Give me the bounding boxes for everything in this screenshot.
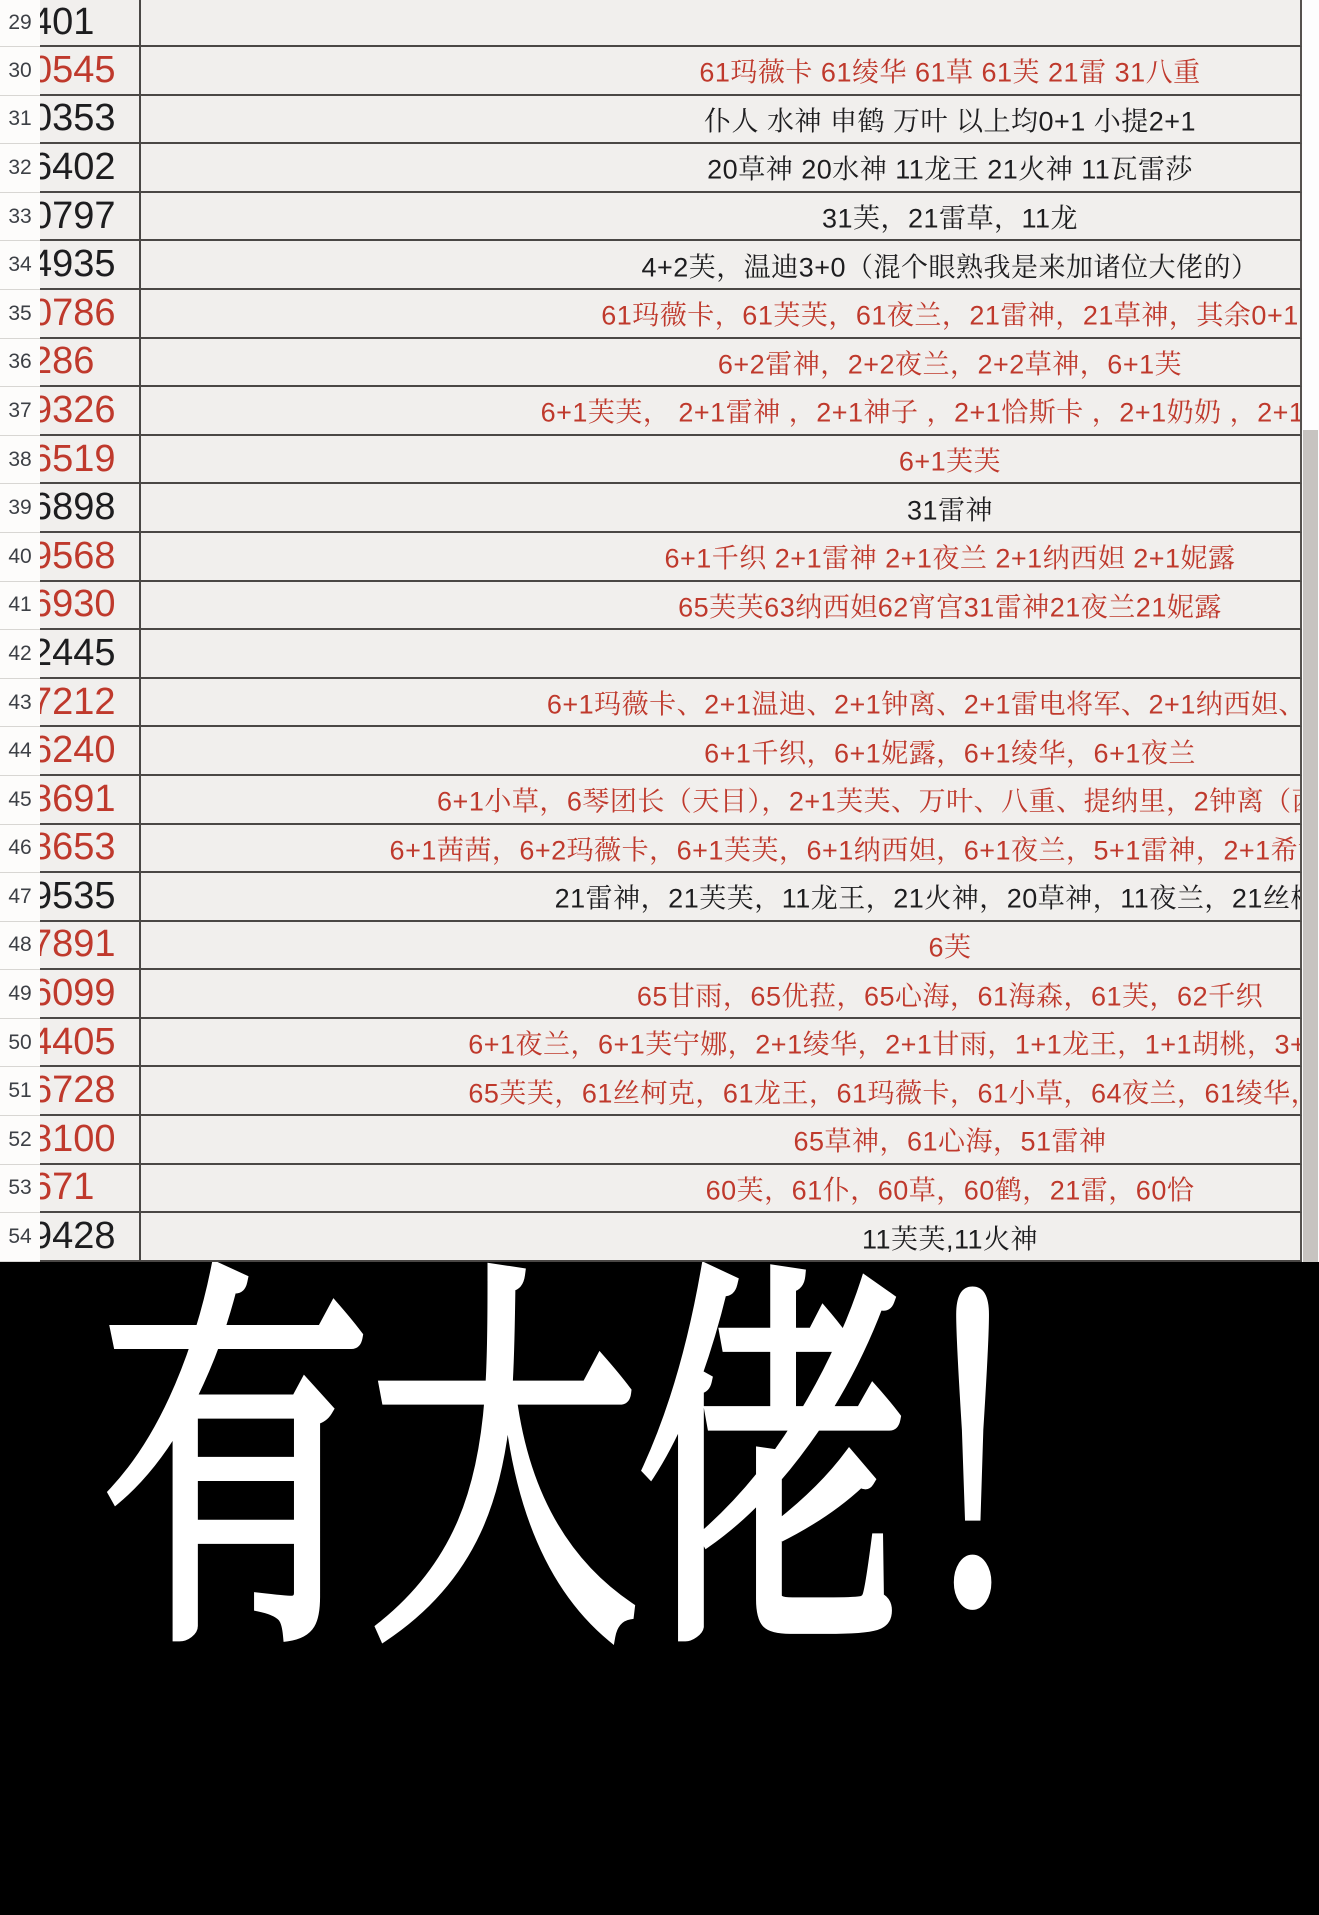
row-number-cell[interactable]: 35 (0, 290, 40, 339)
row-text: 61玛薇卡 61绫华 61草 61芙 21雷 31八重 (699, 51, 1200, 90)
table-row: 49609965甘雨，65优菈，65心海，61海森，61芙，62千织 (0, 970, 1319, 1019)
table-row: 30054561玛薇卡 61绫华 61草 61芙 21雷 31八重 (0, 47, 1319, 96)
row-text-cell[interactable]: 31芙，21雷草，11龙 (141, 193, 1302, 242)
row-id-cell[interactable]: 9535 (40, 873, 141, 922)
row-number-cell[interactable]: 52 (0, 1116, 40, 1165)
row-text-cell[interactable]: 6+1夜兰，6+1芙宁娜，2+1绫华，2+1甘雨，1+1龙王，1+1胡桃，3+1… (141, 1019, 1302, 1068)
row-id: 8653 (40, 826, 116, 869)
row-number-cell[interactable]: 48 (0, 922, 40, 971)
row-text: 6+1夜兰，6+1芙宁娜，2+1绫华，2+1甘雨，1+1龙王，1+1胡桃，3+1… (468, 1023, 1302, 1062)
row-text-cell[interactable]: 6+1小草，6琴团长（天目），2+1芙芙、万叶、八重、提纳里，2钟离（西风枪），… (141, 776, 1302, 825)
table-row: 51672865芙芙，61丝柯克，61龙王，61玛薇卡，61小草，64夜兰，61… (0, 1067, 1319, 1116)
row-text: 6芙 (928, 925, 971, 964)
row-number-cell[interactable]: 42 (0, 630, 40, 679)
table-row: 5044056+1夜兰，6+1芙宁娜，2+1绫华，2+1甘雨，1+1龙王，1+1… (0, 1019, 1319, 1068)
row-text: 4+2芙，温迪3+0（混个眼熟我是来加诸位大佬的） (641, 245, 1258, 284)
row-text: 65甘雨，65优菈，65心海，61海森，61芙，62千织 (637, 974, 1263, 1013)
row-id-cell[interactable]: 0797 (40, 193, 141, 242)
table-row: 422445 (0, 630, 1319, 679)
row-id-cell[interactable]: 6099 (40, 970, 141, 1019)
row-text-cell[interactable]: 6+1千织 2+1雷神 2+1夜兰 2+1纳西妲 2+1妮露 (141, 533, 1302, 582)
row-number-cell[interactable]: 40 (0, 533, 40, 582)
row-id: 401 (40, 1, 94, 44)
row-id-cell[interactable]: 9326 (40, 387, 141, 436)
row-id: 9326 (40, 389, 116, 432)
table-row: 4686536+1茜茜，6+2玛薇卡，6+1芙芙，6+1纳西妲，6+1夜兰，5+… (0, 825, 1319, 874)
row-id: 9535 (40, 875, 116, 918)
row-text: 65芙芙63纳西妲62宵宫31雷神21夜兰21妮露 (678, 585, 1222, 624)
row-text: 11芙芙,11火神 (862, 1217, 1038, 1256)
table-row: 4586916+1小草，6琴团长（天目），2+1芙芙、万叶、八重、提纳里，2钟离… (0, 776, 1319, 825)
row-text-cell[interactable]: 6+1芙芙， 2+1雷神 ，2+1神子 ，2+1恰斯卡 ，2+1奶奶 ，2+1仆… (141, 387, 1302, 436)
table-row: 32640220草神 20水神 11龙王 21火神 11瓦雷莎 (0, 144, 1319, 193)
row-id: 0786 (40, 292, 116, 335)
row-id-cell[interactable]: 286 (40, 339, 141, 388)
row-id: 9568 (40, 535, 116, 578)
row-text-cell[interactable]: 65甘雨，65优菈，65心海，61海森，61芙，62千织 (141, 970, 1302, 1019)
table-row: 52810065草神，61心海，51雷神 (0, 1116, 1319, 1165)
row-text: 31雷神 (907, 488, 993, 527)
row-number-cell[interactable]: 51 (0, 1067, 40, 1116)
row-id-cell[interactable]: 4935 (40, 241, 141, 290)
row-id: 0545 (40, 49, 116, 92)
banner: 有大佬！ (0, 1262, 1319, 1915)
row-text-cell[interactable]: 31雷神 (141, 484, 1302, 533)
table-row: 35078661玛薇卡，61芙芙，61夜兰，21雷神，21草神，其余0+1 (0, 290, 1319, 339)
row-text: 65芙芙，61丝柯克，61龙王，61玛薇卡，61小草，64夜兰，61绫华，61申… (468, 1071, 1302, 1110)
row-text-cell[interactable]: 6+1茜茜，6+2玛薇卡，6+1芙芙，6+1纳西妲，6+1夜兰，5+1雷神，2+… (141, 825, 1302, 874)
row-id: 286 (40, 340, 94, 383)
row-id: 0353 (40, 97, 116, 140)
row-text: 6+1小草，6琴团长（天目），2+1芙芙、万叶、八重、提纳里，2钟离（西风枪），… (437, 780, 1302, 819)
table-row: 4878916芙 (0, 922, 1319, 971)
row-text-cell[interactable]: 6+1玛薇卡、2+1温迪、2+1钟离、2+1雷电将军、2+1纳西妲、2+1 (141, 679, 1302, 728)
row-id-cell[interactable]: 7891 (40, 922, 141, 971)
row-id-cell[interactable]: 0353 (40, 96, 141, 145)
row-id: 2445 (40, 632, 116, 675)
row-id: 8100 (40, 1118, 116, 1161)
row-id-cell[interactable]: 6728 (40, 1067, 141, 1116)
row-id: 7212 (40, 681, 116, 724)
row-text-cell[interactable]: 4+2芙，温迪3+0（混个眼熟我是来加诸位大佬的） (141, 241, 1302, 290)
row-text-cell[interactable]: 11芙芙,11火神 (141, 1213, 1302, 1262)
row-text: 6+1千织 2+1雷神 2+1夜兰 2+1纳西妲 2+1妮露 (664, 537, 1235, 576)
row-id-cell[interactable]: 2445 (40, 630, 141, 679)
table-row: 4372126+1玛薇卡、2+1温迪、2+1钟离、2+1雷电将军、2+1纳西妲、… (0, 679, 1319, 728)
row-id: 6898 (40, 486, 116, 529)
row-text-cell[interactable]: 61玛薇卡，61芙芙，61夜兰，21雷神，21草神，其余0+1 (141, 290, 1302, 339)
row-id: 6099 (40, 972, 116, 1015)
row-number-cell[interactable]: 38 (0, 436, 40, 485)
row-text: 6+2雷神，2+2夜兰，2+2草神，6+1芙 (718, 342, 1182, 381)
row-number-cell[interactable]: 31 (0, 96, 40, 145)
table-row: 3865196+1芙芙 (0, 436, 1319, 485)
row-id: 0797 (40, 195, 116, 238)
row-id-cell[interactable]: 0545 (40, 47, 141, 96)
row-id-cell[interactable]: 671 (40, 1165, 141, 1214)
row-id: 6519 (40, 438, 116, 481)
row-id-cell[interactable]: 8691 (40, 776, 141, 825)
row-id: 8691 (40, 778, 116, 821)
row-text-cell[interactable]: 6+1芙芙 (141, 436, 1302, 485)
row-id: 6240 (40, 729, 116, 772)
row-id-cell[interactable]: 6240 (40, 727, 141, 776)
row-number-cell[interactable]: 45 (0, 776, 40, 825)
scrollbar-thumb[interactable] (1303, 430, 1318, 1262)
row-number-cell[interactable]: 50 (0, 1019, 40, 1068)
row-text-cell[interactable] (141, 630, 1302, 679)
row-text: 仆人 水神 申鹤 万叶 以上均0+1 小提2+1 (704, 99, 1196, 138)
table-row: 33079731芙，21雷草，11龙 (0, 193, 1319, 242)
row-id-cell[interactable]: 9428 (40, 1213, 141, 1262)
row-text-cell[interactable]: 65芙芙63纳西妲62宵宫31雷神21夜兰21妮露 (141, 582, 1302, 631)
table-row: 5367160芙，61仆，60草，60鹤，21雷，60恰 (0, 1165, 1319, 1214)
table-row: 4462406+1千织，6+1妮露，6+1绫华，6+1夜兰 (0, 727, 1319, 776)
row-number-cell[interactable]: 43 (0, 679, 40, 728)
row-text: 20草神 20水神 11龙王 21火神 11瓦雷莎 (707, 148, 1193, 187)
table-row: 362866+2雷神，2+2夜兰，2+2草神，6+1芙 (0, 339, 1319, 388)
row-id-cell[interactable]: 4405 (40, 1019, 141, 1068)
row-text: 61玛薇卡，61芙芙，61夜兰，21雷神，21草神，其余0+1 (601, 294, 1298, 333)
row-text-cell[interactable]: 仆人 水神 申鹤 万叶 以上均0+1 小提2+1 (141, 96, 1302, 145)
row-text: 60芙，61仆，60草，60鹤，21雷，60恰 (706, 1168, 1195, 1207)
row-id-cell[interactable]: 8100 (40, 1116, 141, 1165)
row-id-cell[interactable]: 6898 (40, 484, 141, 533)
table-row: 39689831雷神 (0, 484, 1319, 533)
row-text-cell[interactable]: 20草神 20水神 11龙王 21火神 11瓦雷莎 (141, 144, 1302, 193)
row-number-cell[interactable]: 46 (0, 825, 40, 874)
row-number-cell[interactable]: 32 (0, 144, 40, 193)
table-row: 4095686+1千织 2+1雷神 2+1夜兰 2+1纳西妲 2+1妮露 (0, 533, 1319, 582)
row-number-cell[interactable]: 47 (0, 873, 40, 922)
row-text: 6+1玛薇卡、2+1温迪、2+1钟离、2+1雷电将军、2+1纳西妲、2+1 (547, 683, 1302, 722)
row-number-cell[interactable]: 36 (0, 339, 40, 388)
row-text-cell[interactable]: 6+1千织，6+1妮露，6+1绫华，6+1夜兰 (141, 727, 1302, 776)
row-text: 6+1千织，6+1妮露，6+1绫华，6+1夜兰 (704, 731, 1196, 770)
table-row: 54942811芙芙,11火神 (0, 1213, 1319, 1262)
row-text: 6+1芙芙 (899, 440, 1001, 479)
row-number-cell[interactable]: 54 (0, 1213, 40, 1262)
scrollbar[interactable] (1302, 0, 1319, 1262)
banner-text: 有大佬！ (102, 1262, 1174, 1670)
row-text-cell[interactable]: 6芙 (141, 922, 1302, 971)
row-id: 6728 (40, 1069, 116, 1112)
row-id: 4935 (40, 243, 116, 286)
table-row: 310353仆人 水神 申鹤 万叶 以上均0+1 小提2+1 (0, 96, 1319, 145)
row-id-cell[interactable]: 7212 (40, 679, 141, 728)
row-number-cell[interactable]: 37 (0, 387, 40, 436)
row-id-cell[interactable]: 6402 (40, 144, 141, 193)
table-row: 41693065芙芙63纳西妲62宵宫31雷神21夜兰21妮露 (0, 582, 1319, 631)
row-id: 7891 (40, 923, 116, 966)
screen: 2940130054561玛薇卡 61绫华 61草 61芙 21雷 31八重31… (0, 0, 1319, 1915)
row-number-cell[interactable]: 44 (0, 727, 40, 776)
row-id: 6402 (40, 146, 116, 189)
table-row: 3793266+1芙芙， 2+1雷神 ，2+1神子 ，2+1恰斯卡 ，2+1奶奶… (0, 387, 1319, 436)
row-number-cell[interactable]: 53 (0, 1165, 40, 1214)
row-id: 671 (40, 1166, 94, 1209)
row-text-cell[interactable]: 6+2雷神，2+2夜兰，2+2草神，6+1芙 (141, 339, 1302, 388)
row-number-cell[interactable]: 49 (0, 970, 40, 1019)
row-id-cell[interactable]: 0786 (40, 290, 141, 339)
row-id-cell[interactable]: 401 (40, 0, 141, 47)
row-text-cell[interactable] (141, 0, 1302, 47)
table-row: 3449354+2芙，温迪3+0（混个眼熟我是来加诸位大佬的） (0, 241, 1319, 290)
table-row: 29401 (0, 0, 1319, 47)
row-id-cell[interactable]: 6930 (40, 582, 141, 631)
row-text-cell[interactable]: 65草神，61心海，51雷神 (141, 1116, 1302, 1165)
row-text: 65草神，61心海，51雷神 (793, 1120, 1106, 1159)
row-number-cell[interactable]: 34 (0, 241, 40, 290)
row-id-cell[interactable]: 8653 (40, 825, 141, 874)
row-text: 31芙，21雷草，11龙 (822, 197, 1078, 236)
row-text: 6+1茜茜，6+2玛薇卡，6+1芙芙，6+1纳西妲，6+1夜兰，5+1雷神，2+… (390, 828, 1302, 867)
row-text-cell[interactable]: 65芙芙，61丝柯克，61龙王，61玛薇卡，61小草，64夜兰，61绫华，61申… (141, 1067, 1302, 1116)
row-text: 6+1芙芙， 2+1雷神 ，2+1神子 ，2+1恰斯卡 ，2+1奶奶 ，2+1仆… (541, 391, 1302, 430)
row-id: 6930 (40, 583, 116, 626)
row-text-cell[interactable]: 61玛薇卡 61绫华 61草 61芙 21雷 31八重 (141, 47, 1302, 96)
row-id-cell[interactable]: 6519 (40, 436, 141, 485)
row-number-cell[interactable]: 41 (0, 582, 40, 631)
row-number-cell[interactable]: 33 (0, 193, 40, 242)
row-text-cell[interactable]: 60芙，61仆，60草，60鹤，21雷，60恰 (141, 1165, 1302, 1214)
row-id: 9428 (40, 1215, 116, 1258)
row-number-cell[interactable]: 39 (0, 484, 40, 533)
row-id: 4405 (40, 1021, 116, 1064)
row-text-cell[interactable]: 21雷神，21芙芙，11龙王，21火神，20草神，11夜兰，21丝柯克 (141, 873, 1302, 922)
row-number-cell[interactable]: 29 (0, 0, 40, 47)
row-id-cell[interactable]: 9568 (40, 533, 141, 582)
table-row: 47953521雷神，21芙芙，11龙王，21火神，20草神，11夜兰，21丝柯… (0, 873, 1319, 922)
row-text: 21雷神，21芙芙，11龙王，21火神，20草神，11夜兰，21丝柯克 (555, 877, 1302, 916)
row-number-cell[interactable]: 30 (0, 47, 40, 96)
spreadsheet: 2940130054561玛薇卡 61绫华 61草 61芙 21雷 31八重31… (0, 0, 1319, 1262)
